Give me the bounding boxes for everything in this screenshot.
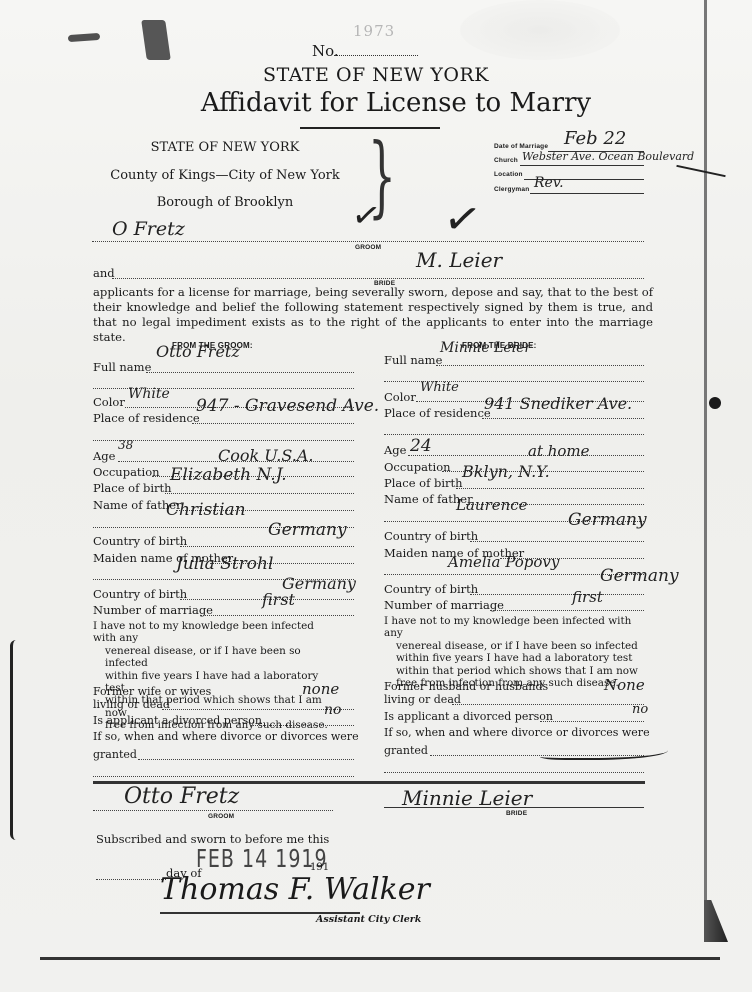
bride-birthplace-label: Place of birth [384,476,463,490]
margin-bracket-mark [10,640,19,840]
church-line [520,165,644,166]
groom-birthplace-value: Elizabeth N.J. [170,465,287,485]
page-bottom-edge [40,957,720,960]
state-heading: STATE OF NEW YORK [0,64,752,86]
bride-age-value: 24 [410,436,432,456]
groom-marriage-number-label: Number of marriage [93,603,213,617]
bride-former-spouse-label: Former husband or husbands [384,680,548,693]
bride-granted-label: granted [384,744,428,757]
number-line [334,55,418,56]
date-of-marriage-label: Date of Marriage [494,143,548,150]
rule [384,434,644,435]
groom-signature-caption: GROOM [208,813,234,820]
bride-full-name-value: Minnie Leier [440,340,531,356]
groom-divorce-where-label: If so, when and where divorce or divorce… [93,730,359,743]
bride-divorced-line [540,721,644,722]
bride-occupation-value: at home [528,442,590,460]
groom-living-or-dead-label: living or dead [93,698,170,711]
rule [384,772,644,773]
bride-divorce-where-label: If so, when and where divorce or divorce… [384,726,650,739]
bride-divorced-label: Is applicant a divorced person [384,710,553,723]
groom-divorced-value: no [324,702,341,718]
clergyman-label: Clergyman [494,186,529,193]
groom-full-name-value: Otto Fretz [156,342,240,361]
date-stamp: FEB 14 1919 [196,845,328,874]
bride-divorced-value: no [632,702,648,717]
groom-full-name-label: Full name [93,360,151,374]
groom-occupation-label: Occupation [93,465,160,479]
groom-age-label: Age [93,449,115,463]
bride-mother-country-value: Germany [600,566,679,586]
day-line [96,879,166,880]
groom-line [92,241,644,242]
groom-marriage-number-line [200,615,354,616]
groom-birthplace-label: Place of birth [93,481,172,495]
bride-mother-value: Amelia Popovy [448,553,559,571]
venue-county: County of Kings—City of New York [100,168,350,183]
page-title: Affidavit for License to Marry [0,88,752,118]
bride-line [112,278,644,279]
groom-marriage-number-value: first [262,590,295,609]
groom-birthplace-line [165,493,354,494]
page-edge-shadow [704,900,728,942]
bride-father-country-value: Germany [568,510,647,530]
bride-marriage-number-line [490,610,644,611]
bride-residence-value: 941 Snediker Ave. [484,394,632,413]
groom-former-spouse-value: none [302,680,339,698]
bride-birthplace-value: Bklyn, N.Y. [462,462,550,481]
oath-paragraph: applicants for a license for marriage, b… [93,285,653,345]
bride-father-country-label: Country of birth [384,529,478,543]
groom-residence-value: 947 - Gravesend Ave. [196,396,379,416]
clerk-title: Assistant City Clerk [316,914,421,925]
bride-full-name-line [436,365,644,366]
scan-smudge [141,20,171,60]
bride-mother-country-label: Country of birth [384,582,478,596]
groom-father-country-label: Country of birth [93,534,187,548]
groom-father-country-line [180,546,354,547]
groom-former-spouse-label: Former wife or wives [93,685,211,698]
groom-signature-line [93,810,333,811]
groom-granted-line [138,759,354,760]
bride-age-label: Age [384,443,406,457]
bride-name-handwritten: M. Leier [416,248,502,272]
groom-divorced-line [250,725,354,726]
bride-birthplace-line [456,488,644,489]
bride-marriage-number-value: first [572,588,603,606]
groom-full-name-line [146,372,354,373]
bride-father-value: Laurence [456,496,528,514]
groom-father-country-value: Germany [268,520,347,540]
scan-smudge [68,33,100,42]
bride-former-spouse-value: None [604,676,645,694]
checkmark-icon: ✓ [349,194,384,238]
groom-signature: Otto Fretz [124,784,239,809]
rule [93,776,354,777]
groom-divorced-label: Is applicant a divorced person [93,714,262,727]
groom-color-label: Color [93,395,125,409]
groom-mother-country-label: Country of birth [93,587,187,601]
groom-caption: GROOM [355,244,381,251]
bride-color-label: Color [384,390,416,404]
bride-occupation-label: Occupation [384,460,451,474]
bride-living-or-dead-label: living or dead [384,693,461,706]
groom-color-value: White [128,386,170,402]
groom-age-value: 38 [118,438,133,452]
groom-mother-value: Julia Strohl [176,554,273,574]
page-edge [704,0,707,940]
venue-state: STATE OF NEW YORK [110,140,340,155]
bride-marriage-number-label: Number of marriage [384,598,504,612]
bride-signature-line [384,807,644,808]
groom-residence-line [192,423,354,424]
church-label: Church [494,157,518,164]
clergyman-line [530,193,644,194]
bride-color-value: White [420,380,459,395]
bride-signature-caption: BRIDE [506,810,527,817]
punch-hole-icon [709,397,721,409]
bride-full-name-label: Full name [384,353,442,367]
bride-father-country-line [470,541,644,542]
bride-mother-country-line [470,594,644,595]
church-value: Webster Ave. Ocean Boulevard [522,150,694,163]
groom-residence-label: Place of residence [93,411,200,425]
clergyman-value: Rev. [534,175,564,191]
ink-stroke [540,744,668,760]
embossed-seal [460,0,620,60]
groom-occupation-value: Cook U.S.A. [218,446,314,465]
bride-residence-line [482,418,644,419]
date-of-marriage-value: Feb 22 [564,128,626,149]
ink-stroke [676,165,725,177]
checkmark-icon: ✓ [440,191,485,248]
affidavit-page: 1973 No. STATE OF NEW YORK Affidavit for… [0,0,752,992]
clerk-signature: Thomas F. Walker [160,872,430,907]
bride-residence-label: Place of residence [384,406,491,420]
groom-granted-label: granted [93,748,137,761]
groom-father-value: Christian [166,500,246,520]
venue-borough: Borough of Brooklyn [110,195,340,210]
number-label: No. [312,42,339,60]
location-label: Location [494,171,523,178]
bride-age-line [408,455,644,456]
stamped-number: 1973 [353,22,395,40]
bride-former-spouse-line [452,704,644,705]
groom-name-handwritten: O Fretz [112,218,185,240]
